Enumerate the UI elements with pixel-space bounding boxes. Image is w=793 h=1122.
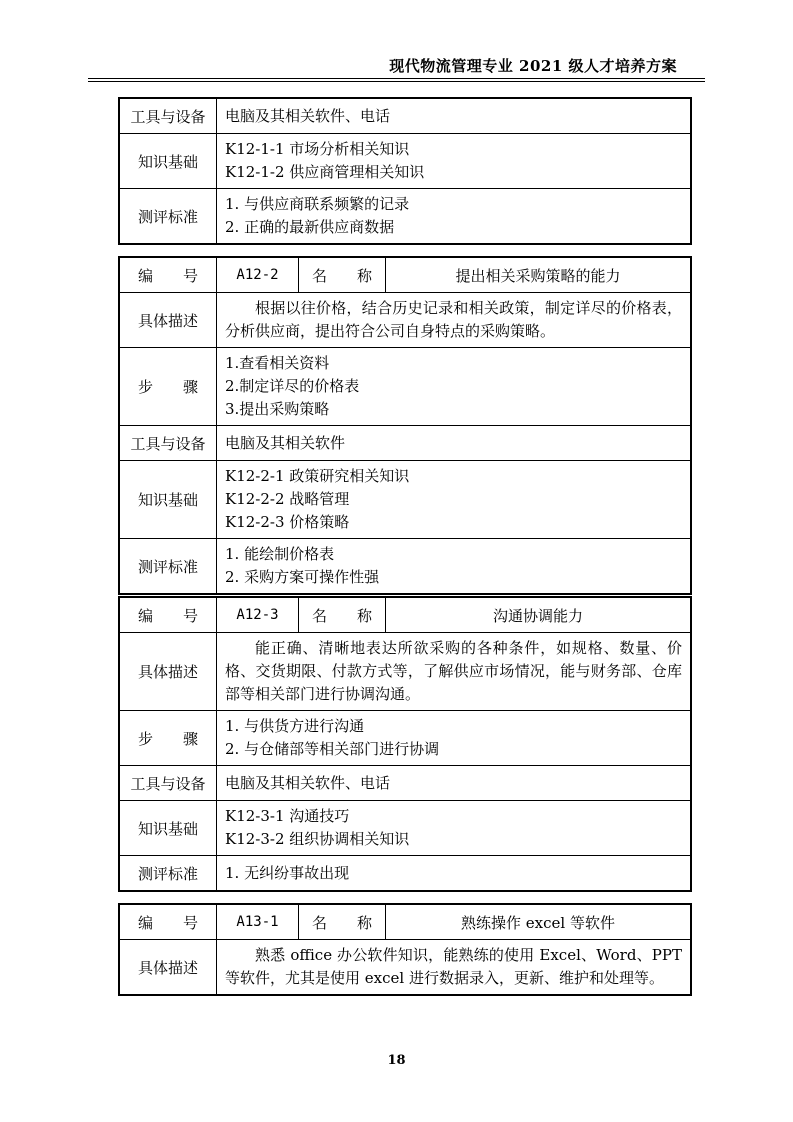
row-content: 能正确、清晰地表达所欲采购的各种条件，如规格、数量、价格、交货期限、付款方式等，… bbox=[216, 633, 690, 710]
attribute-row-tools: 工具与设备 电脑及其相关软件、电话 bbox=[120, 765, 690, 800]
row-label: 工具与设备 bbox=[120, 426, 216, 460]
competency-code: A12-3 bbox=[216, 598, 298, 632]
attribute-row-tools: 工具与设备 电脑及其相关软件、电话 bbox=[120, 99, 690, 133]
attribute-row-steps: 步 骤 1. 与供货方进行沟通 2. 与仓储部等相关部门进行协调 bbox=[120, 710, 690, 765]
table-header-row: 编 号 A12-3 名 称 沟通协调能力 bbox=[120, 598, 690, 632]
row-content: K12-2-1 政策研究相关知识 K12-2-2 战略管理 K12-2-3 价格… bbox=[216, 461, 690, 538]
content-line: 1. 能绘制价格表 bbox=[225, 543, 682, 566]
description-paragraph: 根据以往价格，结合历史记录和相关政策，制定详尽的价格表，分析供应商，提出符合公司… bbox=[225, 297, 682, 343]
content-line: 2.制定详尽的价格表 bbox=[225, 375, 682, 398]
document-page: 现代物流管理专业 2021 级人才培养方案 工具与设备 电脑及其相关软件、电话 … bbox=[0, 0, 793, 1122]
row-content: 根据以往价格，结合历史记录和相关政策，制定详尽的价格表，分析供应商，提出符合公司… bbox=[216, 293, 690, 347]
content-line: 电脑及其相关软件 bbox=[225, 432, 682, 455]
row-content: 1. 能绘制价格表 2. 采购方案可操作性强 bbox=[216, 539, 690, 593]
content-line: K12-3-1 沟通技巧 bbox=[225, 805, 682, 828]
header-rule bbox=[88, 78, 705, 82]
row-content: K12-1-1 市场分析相关知识 K12-1-2 供应商管理相关知识 bbox=[216, 134, 690, 188]
description-paragraph: 熟悉 office 办公软件知识，能熟练的使用 Excel、Word、PPT 等… bbox=[225, 944, 682, 990]
content-line: K12-1-1 市场分析相关知识 bbox=[225, 138, 682, 161]
content-line: 电脑及其相关软件、电话 bbox=[225, 105, 682, 128]
row-content: 电脑及其相关软件、电话 bbox=[216, 766, 690, 800]
row-label: 具体描述 bbox=[120, 633, 216, 710]
content-line: K12-2-1 政策研究相关知识 bbox=[225, 465, 682, 488]
code-field-label: 编 号 bbox=[120, 258, 216, 292]
attribute-row-evaluation: 测评标准 1. 无纠纷事故出现 bbox=[120, 855, 690, 890]
competency-table-continued: 工具与设备 电脑及其相关软件、电话 知识基础 K12-1-1 市场分析相关知识 … bbox=[118, 97, 692, 245]
content-line: K12-3-2 组织协调相关知识 bbox=[225, 828, 682, 851]
competency-table-a13-1: 编 号 A13-1 名 称 熟练操作 excel 等软件 具体描述 熟悉 off… bbox=[118, 903, 692, 996]
content-line: 1. 与供货方进行沟通 bbox=[225, 715, 682, 738]
row-content: 1. 无纠纷事故出现 bbox=[216, 856, 690, 890]
attribute-row-knowledge: 知识基础 K12-2-1 政策研究相关知识 K12-2-2 战略管理 K12-2… bbox=[120, 460, 690, 538]
code-field-label: 编 号 bbox=[120, 905, 216, 939]
row-content: 熟悉 office 办公软件知识，能熟练的使用 Excel、Word、PPT 等… bbox=[216, 940, 690, 994]
attribute-row-knowledge: 知识基础 K12-3-1 沟通技巧 K12-3-2 组织协调相关知识 bbox=[120, 800, 690, 855]
name-field-label: 名 称 bbox=[298, 258, 385, 292]
table-header-row: 编 号 A12-2 名 称 提出相关采购策略的能力 bbox=[120, 258, 690, 292]
content-line: 2. 正确的最新供应商数据 bbox=[225, 216, 682, 239]
row-label: 工具与设备 bbox=[120, 766, 216, 800]
table-header-row: 编 号 A13-1 名 称 熟练操作 excel 等软件 bbox=[120, 905, 690, 939]
row-label: 知识基础 bbox=[120, 134, 216, 188]
competency-name: 熟练操作 excel 等软件 bbox=[385, 905, 690, 939]
attribute-row-description: 具体描述 熟悉 office 办公软件知识，能熟练的使用 Excel、Word、… bbox=[120, 939, 690, 994]
code-field-label: 编 号 bbox=[120, 598, 216, 632]
row-label: 测评标准 bbox=[120, 189, 216, 243]
page-number: 18 bbox=[0, 1053, 793, 1068]
content-line: 1.查看相关资料 bbox=[225, 352, 682, 375]
attribute-row-evaluation: 测评标准 1. 与供应商联系频繁的记录 2. 正确的最新供应商数据 bbox=[120, 188, 690, 243]
row-label: 工具与设备 bbox=[120, 99, 216, 133]
content-line: 2. 采购方案可操作性强 bbox=[225, 566, 682, 589]
content-line: K12-2-2 战略管理 bbox=[225, 488, 682, 511]
content-line: 1. 与供应商联系频繁的记录 bbox=[225, 193, 682, 216]
row-label: 测评标准 bbox=[120, 856, 216, 890]
attribute-row-description: 具体描述 根据以往价格，结合历史记录和相关政策，制定详尽的价格表，分析供应商，提… bbox=[120, 292, 690, 347]
competency-name: 沟通协调能力 bbox=[385, 598, 690, 632]
content-line: 2. 与仓储部等相关部门进行协调 bbox=[225, 738, 682, 761]
row-content: 电脑及其相关软件、电话 bbox=[216, 99, 690, 133]
content-line: 3.提出采购策略 bbox=[225, 398, 682, 421]
row-label: 具体描述 bbox=[120, 940, 216, 994]
row-content: 1. 与供货方进行沟通 2. 与仓储部等相关部门进行协调 bbox=[216, 711, 690, 765]
row-label: 知识基础 bbox=[120, 461, 216, 538]
row-content: 电脑及其相关软件 bbox=[216, 426, 690, 460]
competency-name: 提出相关采购策略的能力 bbox=[385, 258, 690, 292]
competency-code: A12-2 bbox=[216, 258, 298, 292]
row-label: 知识基础 bbox=[120, 801, 216, 855]
page-header-title: 现代物流管理专业 2021 级人才培养方案 bbox=[88, 55, 677, 76]
name-field-label: 名 称 bbox=[298, 905, 385, 939]
attribute-row-steps: 步 骤 1.查看相关资料 2.制定详尽的价格表 3.提出采购策略 bbox=[120, 347, 690, 425]
row-label: 测评标准 bbox=[120, 539, 216, 593]
row-content: 1. 与供应商联系频繁的记录 2. 正确的最新供应商数据 bbox=[216, 189, 690, 243]
competency-table-a12-3: 编 号 A12-3 名 称 沟通协调能力 具体描述 能正确、清晰地表达所欲采购的… bbox=[118, 596, 692, 892]
attribute-row-description: 具体描述 能正确、清晰地表达所欲采购的各种条件，如规格、数量、价格、交货期限、付… bbox=[120, 632, 690, 710]
row-label: 步 骤 bbox=[120, 348, 216, 425]
attribute-row-evaluation: 测评标准 1. 能绘制价格表 2. 采购方案可操作性强 bbox=[120, 538, 690, 593]
description-paragraph: 能正确、清晰地表达所欲采购的各种条件，如规格、数量、价格、交货期限、付款方式等，… bbox=[225, 637, 682, 706]
row-content: 1.查看相关资料 2.制定详尽的价格表 3.提出采购策略 bbox=[216, 348, 690, 425]
row-label: 具体描述 bbox=[120, 293, 216, 347]
competency-table-a12-2: 编 号 A12-2 名 称 提出相关采购策略的能力 具体描述 根据以往价格，结合… bbox=[118, 256, 692, 595]
content-line: 1. 无纠纷事故出现 bbox=[225, 862, 682, 885]
content-line: 电脑及其相关软件、电话 bbox=[225, 772, 682, 795]
row-label: 步 骤 bbox=[120, 711, 216, 765]
content-line: K12-2-3 价格策略 bbox=[225, 511, 682, 534]
row-content: K12-3-1 沟通技巧 K12-3-2 组织协调相关知识 bbox=[216, 801, 690, 855]
competency-code: A13-1 bbox=[216, 905, 298, 939]
attribute-row-tools: 工具与设备 电脑及其相关软件 bbox=[120, 425, 690, 460]
attribute-row-knowledge: 知识基础 K12-1-1 市场分析相关知识 K12-1-2 供应商管理相关知识 bbox=[120, 133, 690, 188]
content-line: K12-1-2 供应商管理相关知识 bbox=[225, 161, 682, 184]
name-field-label: 名 称 bbox=[298, 598, 385, 632]
